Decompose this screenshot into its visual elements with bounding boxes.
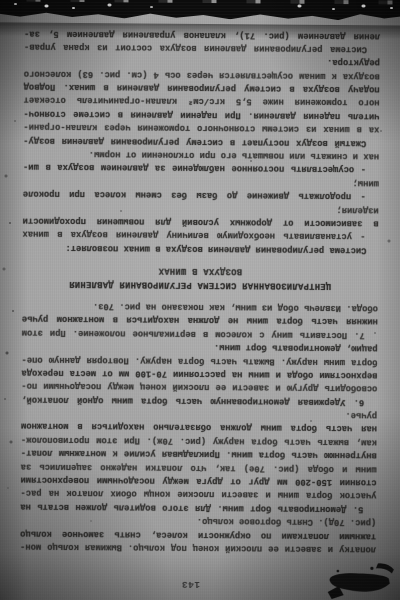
document-line: воздуха к шинам осуществляется через ось…: [24, 66, 380, 82]
document-line: Система регулирования давления воздуха в…: [22, 240, 378, 256]
document-line: освободить другую и завести ее плоский к…: [21, 379, 377, 395]
document-line: (рис. 70д). Снять бортовое кольцо.: [20, 512, 376, 528]
document-line: ВОЗДУХА В ШИНАХ: [22, 262, 378, 278]
document-line: шины;: [23, 173, 379, 189]
document-page: 143 лопатку и завести ее плоский конец п…: [0, 0, 400, 600]
page-number: 143: [0, 576, 398, 592]
document-line: Система регулирования давления воздуха с…: [24, 39, 380, 55]
document-line: обода. Извлечь обод из шины, как показан…: [22, 298, 378, 314]
document-line: кам, выжать часть борта наружу (рис. 70ж…: [21, 432, 377, 448]
document-line: 7. Поставить шину с колесом в вертикальн…: [22, 325, 378, 341]
document-line: ЦЕНТРАЛИЗОВАННАЯ СИСТЕМА РЕГУЛИРОВАНИЯ Д…: [22, 276, 378, 292]
torn-paper-edge: [0, 0, 400, 5]
document-text: лопатку и завести ее плоский конец под к…: [20, 26, 380, 556]
document-line: шины и обода (рис. 70е) так, что лопатки…: [21, 459, 377, 475]
document-line: ручье.: [21, 405, 377, 421]
document-line: нах и снижать или повышать его при откло…: [23, 146, 379, 162]
document-line: ха в шинах из системы стояночного тормож…: [23, 119, 379, 135]
photo-of-document: 143 лопатку и завести ее плоский конец п…: [0, 0, 400, 600]
document-line: лопатку и завести ее плоский конец под к…: [20, 539, 376, 555]
document-line: изделия;: [23, 200, 379, 216]
document-line: - устанавливать необходимую величину дав…: [22, 227, 378, 243]
document-line: участок борта шины и завести плоские кон…: [20, 486, 376, 502]
document-line: ного торможения ниже 5,5 кгс/см² клапан-…: [24, 93, 380, 109]
document-line: борта шины наружу. Выжать часть борта на…: [21, 352, 377, 368]
